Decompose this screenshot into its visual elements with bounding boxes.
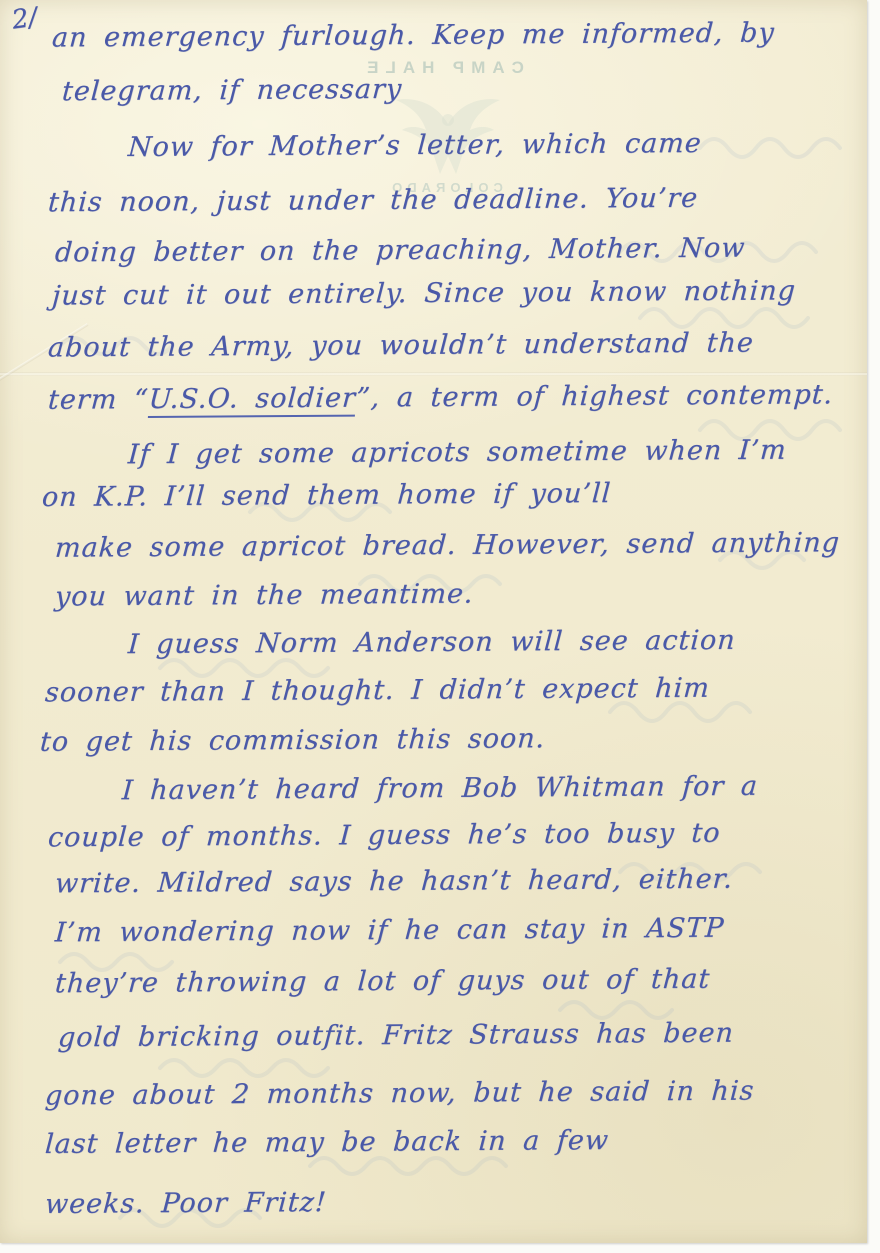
handwritten-line: weeks. Poor Fritz! <box>44 1187 328 1220</box>
handwritten-line: I guess Norm Anderson will see action <box>127 625 737 660</box>
handwritten-line: last letter he may be back in a few <box>44 1125 610 1160</box>
letter-page: CAMP HALE COLORADO <box>0 0 867 1243</box>
handwritten-line: make some apricot bread. However, send a… <box>54 527 841 563</box>
handwritten-line: If I get some apricots sometime when I’m <box>127 435 788 471</box>
handwritten-line: gold bricking outfit. Fritz Strauss has … <box>57 1018 735 1054</box>
handwritten-line: you want in the meantime. <box>54 579 475 613</box>
handwritten-line: gone about 2 months now, but he said in … <box>44 1076 755 1112</box>
handwritten-line: telegram, if necessary <box>61 74 403 107</box>
handwritten-line: they’re throwing a lot of guys out of th… <box>54 964 711 1000</box>
handwritten-line: just cut it out entirely. Since you know… <box>51 275 797 311</box>
handwritten-line: Now for Mother’s letter, which came <box>127 128 703 163</box>
line-segment: ”, a term of highest contempt. <box>355 379 834 413</box>
handwritten-line: sooner than I thought. I didn’t expect h… <box>44 673 711 709</box>
handwritten-line: couple of months. I guess he’s too busy … <box>47 818 722 854</box>
handwritten-line: on K.P. I’ll send them home if you’ll <box>41 478 612 513</box>
horizontal-fold-crease <box>0 372 867 376</box>
handwritten-line: this noon, just under the deadline. You’… <box>47 183 699 219</box>
handwritten-line: an emergency furlough. Keep me informed,… <box>51 17 776 53</box>
underlined-phrase: U.S.O. soldier <box>148 383 357 418</box>
handwritten-line: I’m wondering now if he can stay in ASTP <box>54 913 725 949</box>
handwritten-line: doing better on the preaching, Mother. N… <box>54 233 746 269</box>
page-number-marker: 2/ <box>10 2 39 35</box>
handwritten-line-with-underline: term “U.S.O. soldier”, a term of highest… <box>47 379 834 415</box>
handwritten-line: I haven’t heard from Bob Whitman for a <box>121 771 759 806</box>
scanned-letter: CAMP HALE COLORADO <box>0 0 880 1253</box>
handwritten-line: to get his commission this soon. <box>39 723 546 758</box>
handwritten-line: write. Mildred says he hasn’t heard, eit… <box>54 864 734 900</box>
handwritten-line: about the Army, you wouldn’t understand … <box>47 328 755 364</box>
line-segment: term “ <box>47 384 150 416</box>
